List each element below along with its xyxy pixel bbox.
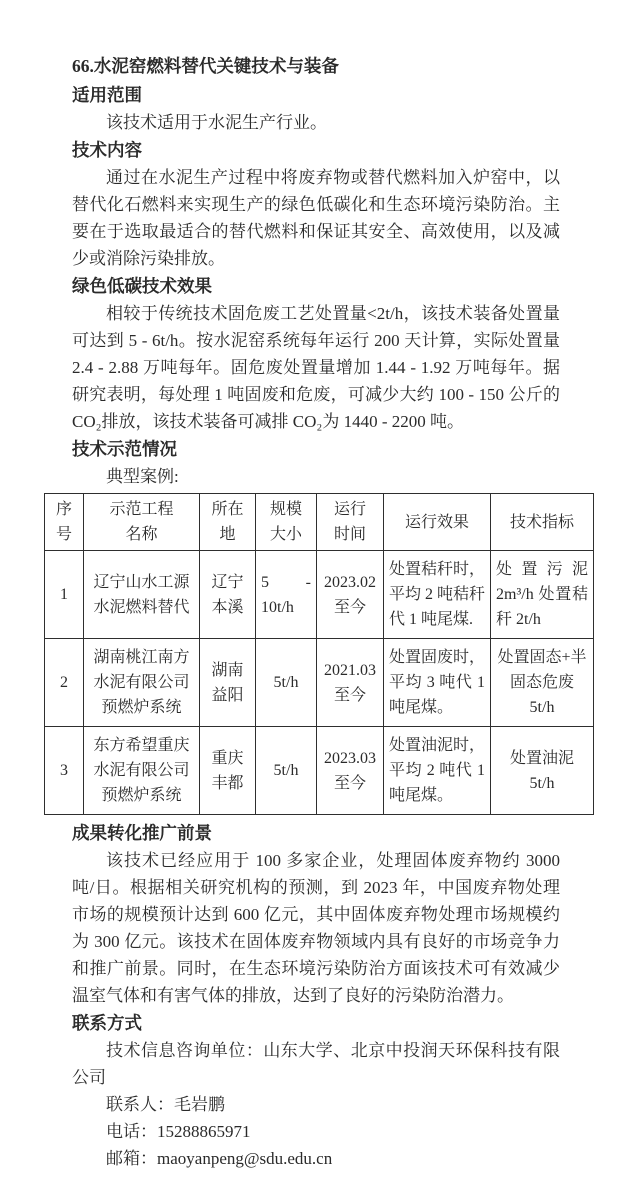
section-heading-demonstration: 技术示范情况 [72, 435, 560, 463]
cell-runtime: 2023.03至今 [317, 727, 384, 815]
section-heading-contact: 联系方式 [72, 1009, 560, 1037]
col-header-indicator: 技术指标 [491, 494, 594, 551]
section-heading-prospect: 成果转化推广前景 [72, 819, 560, 847]
table-row: 2 湖南桃江南方水泥有限公司预燃炉系统 湖南 益阳 5t/h 2021.03至今… [45, 639, 594, 727]
cell-scale: 5 - 10t/h [256, 551, 317, 639]
cell-location: 湖南 益阳 [200, 639, 256, 727]
section-heading-green-effect: 绿色低碳技术效果 [72, 272, 560, 300]
cell-indicator: 处置固态+半固态危废 5t/h [491, 639, 594, 727]
typical-case-label: 典型案例: [72, 463, 560, 490]
col-header-project-name: 示范工程 名称 [84, 494, 200, 551]
cell-runtime: 2021.03至今 [317, 639, 384, 727]
cell-effect: 处置油泥时，平均 2 吨代 1 吨尾煤。 [384, 727, 491, 815]
cell-effect: 处置秸秆时，平均 2 吨秸秆代 1 吨尾煤. [384, 551, 491, 639]
col-header-index: 序 号 [45, 494, 84, 551]
cell-indicator: 处置污泥 2m³/h 处置秸秆 2t/h [491, 551, 594, 639]
cell-location: 重庆 丰都 [200, 727, 256, 815]
contact-phone-line: 电话：15288865971 [72, 1118, 560, 1145]
cell-location: 辽宁 本溪 [200, 551, 256, 639]
cell-project-name: 东方希望重庆水泥有限公司预燃炉系统 [84, 727, 200, 815]
cell-runtime: 2023.02至今 [317, 551, 384, 639]
demonstration-table: 序 号 示范工程 名称 所在 地 规模 大小 运行 时间 运行效果 技术指标 1… [44, 493, 594, 815]
col-header-location: 所在 地 [200, 494, 256, 551]
cell-index: 3 [45, 727, 84, 815]
green-effect-paragraph: 相较于传统技术固危废工艺处置量<2t/h，该技术装备处置量可达到 5 - 6t/… [72, 300, 560, 435]
col-header-scale: 规模 大小 [256, 494, 317, 551]
cell-project-name: 辽宁山水工源水泥燃料替代 [84, 551, 200, 639]
col-header-runtime: 运行 时间 [317, 494, 384, 551]
cell-index: 1 [45, 551, 84, 639]
col-header-effect: 运行效果 [384, 494, 491, 551]
cell-indicator: 处置油泥 5t/h [491, 727, 594, 815]
contact-unit-line: 技术信息咨询单位：山东大学、北京中投润天环保科技有限公司 [72, 1037, 560, 1091]
section-heading-scope: 适用范围 [72, 81, 560, 109]
section-heading-tech-content: 技术内容 [72, 136, 560, 164]
doc-title: 66.水泥窑燃料替代关键技术与装备 [72, 52, 560, 81]
document-page: 66.水泥窑燃料替代关键技术与装备 适用范围 该技术适用于水泥生产行业。 技术内… [0, 0, 627, 1172]
cell-scale: 5t/h [256, 727, 317, 815]
contact-person-line: 联系人：毛岩鹏 [72, 1091, 560, 1118]
contact-email-line: 邮箱：maoyanpeng@sdu.edu.cn [72, 1145, 560, 1172]
cell-scale: 5t/h [256, 639, 317, 727]
table-row: 3 东方希望重庆水泥有限公司预燃炉系统 重庆 丰都 5t/h 2023.03至今… [45, 727, 594, 815]
table-row: 1 辽宁山水工源水泥燃料替代 辽宁 本溪 5 - 10t/h 2023.02至今… [45, 551, 594, 639]
scope-paragraph: 该技术适用于水泥生产行业。 [72, 109, 560, 136]
cell-project-name: 湖南桃江南方水泥有限公司预燃炉系统 [84, 639, 200, 727]
tech-content-paragraph: 通过在水泥生产过程中将废弃物或替代燃料加入炉窑中，以替代化石燃料来实现生产的绿色… [72, 164, 560, 272]
prospect-paragraph: 该技术已经应用于 100 多家企业，处理固体废弃物约 3000 吨/日。根据相关… [72, 847, 560, 1009]
table-header-row: 序 号 示范工程 名称 所在 地 规模 大小 运行 时间 运行效果 技术指标 [45, 494, 594, 551]
cell-effect: 处置固废时，平均 3 吨代 1 吨尾煤。 [384, 639, 491, 727]
cell-index: 2 [45, 639, 84, 727]
